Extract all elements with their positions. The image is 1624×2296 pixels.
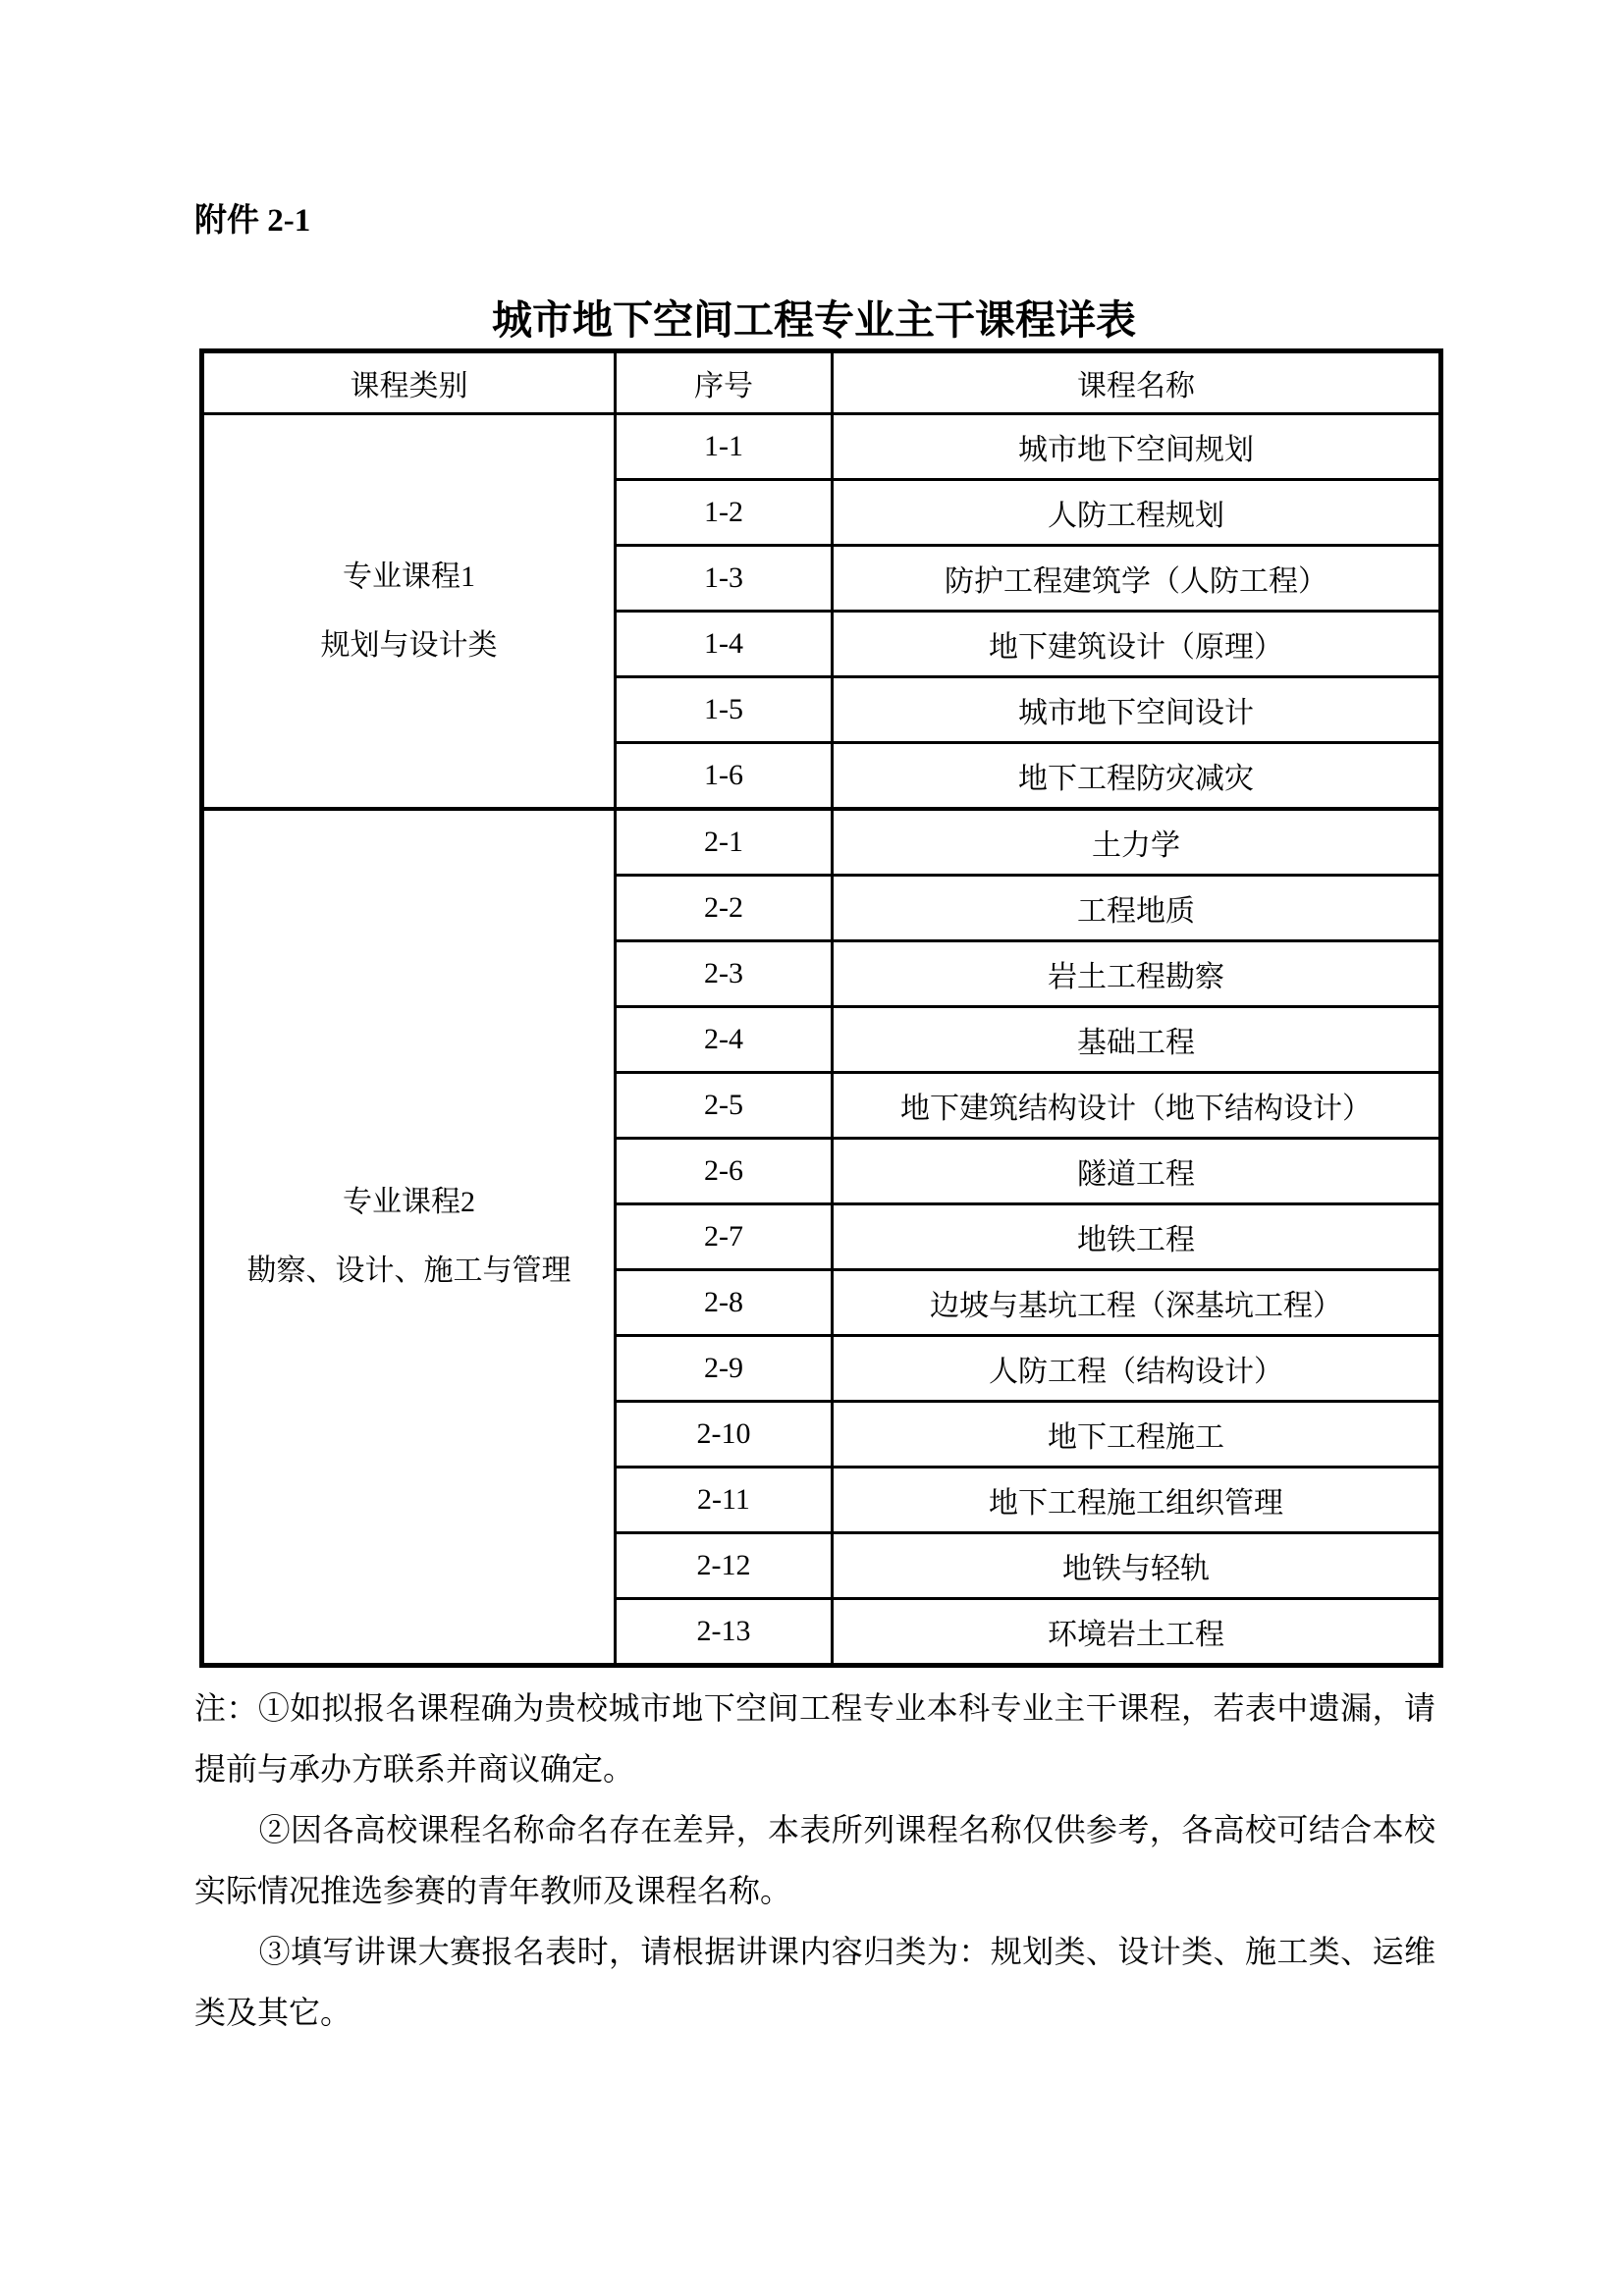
header-cell-no: 序号 [616,351,833,414]
course-no-cell: 2-7 [616,1204,833,1270]
course-no-cell: 2-1 [616,809,833,876]
category-line-2: 勘察、设计、施工与管理 [204,1237,614,1306]
course-no-cell: 1-4 [616,612,833,677]
note-3: ③填写讲课大赛报名表时，请根据讲课内容归类为：规划类、设计类、施工类、运维类及其… [194,1921,1435,2043]
category-line-1: 专业课程2 [204,1168,614,1237]
course-no-cell: 2-12 [616,1533,833,1599]
course-no-cell: 2-2 [616,876,833,941]
course-no-cell: 2-4 [616,1007,833,1073]
course-name-cell: 地下建筑设计（原理） [833,612,1441,677]
course-name-cell: 土力学 [833,809,1441,876]
course-no-cell: 2-11 [616,1468,833,1533]
course-table: 课程类别 序号 课程名称 专业课程1 规划与设计类 1-1 城市地下空间规划 1… [199,348,1443,1668]
header-cell-name: 课程名称 [833,351,1441,414]
course-name-cell: 人防工程（结构设计） [833,1336,1441,1402]
course-name-cell: 城市地下空间规划 [833,414,1441,480]
course-no-cell: 2-5 [616,1073,833,1139]
course-name-cell: 边坡与基坑工程（深基坑工程） [833,1270,1441,1336]
attachment-label: 附件 2-1 [194,201,1624,240]
table-header: 课程类别 序号 课程名称 [202,351,1441,414]
course-name-cell: 地铁工程 [833,1204,1441,1270]
note-1: 注：①如拟报名课程确为贵校城市地下空间工程专业本科专业主干课程，若表中遗漏，请提… [194,1678,1435,1799]
note-2: ②因各高校课程名称命名存在差异，本表所列课程名称仅供参考，各高校可结合本校实际情… [194,1799,1435,1921]
table-row: 专业课程1 规划与设计类 1-1 城市地下空间规划 [202,414,1441,480]
course-no-cell: 1-5 [616,677,833,743]
course-no-cell: 2-3 [616,941,833,1007]
document-page: 附件 2-1 城市地下空间工程专业主干课程详表 课程类别 序号 课程名称 专业课… [0,0,1624,2296]
course-no-cell: 2-13 [616,1599,833,1666]
course-no-cell: 1-6 [616,743,833,810]
category-line-2: 规划与设计类 [204,612,614,680]
course-name-cell: 人防工程规划 [833,480,1441,546]
header-row: 课程类别 序号 课程名称 [202,351,1441,414]
header-cell-category: 课程类别 [202,351,616,414]
table-row: 专业课程2 勘察、设计、施工与管理 2-1 土力学 [202,809,1441,876]
notes: 注：①如拟报名课程确为贵校城市地下空间工程专业本科专业主干课程，若表中遗漏，请提… [194,1678,1435,2043]
course-name-cell: 岩土工程勘察 [833,941,1441,1007]
course-name-cell: 地下工程防灾减灾 [833,743,1441,810]
page-title: 城市地下空间工程专业主干课程详表 [194,295,1434,345]
course-no-cell: 2-6 [616,1139,833,1204]
course-no-cell: 2-9 [616,1336,833,1402]
course-name-cell: 地下工程施工 [833,1402,1441,1468]
course-name-cell: 环境岩土工程 [833,1599,1441,1666]
course-name-cell: 基础工程 [833,1007,1441,1073]
course-name-cell: 隧道工程 [833,1139,1441,1204]
course-name-cell: 地铁与轻轨 [833,1533,1441,1599]
category-cell-section2: 专业课程2 勘察、设计、施工与管理 [202,809,616,1666]
table-section-2: 专业课程2 勘察、设计、施工与管理 2-1 土力学 2-2 工程地质 2-3 岩… [202,809,1441,1666]
course-no-cell: 2-8 [616,1270,833,1336]
category-line-1: 专业课程1 [204,543,614,612]
course-name-cell: 地下建筑结构设计（地下结构设计） [833,1073,1441,1139]
course-no-cell: 1-1 [616,414,833,480]
table-section-1: 专业课程1 规划与设计类 1-1 城市地下空间规划 1-2 人防工程规划 1-3… [202,414,1441,810]
course-name-cell: 地下工程施工组织管理 [833,1468,1441,1533]
course-name-cell: 防护工程建筑学（人防工程） [833,546,1441,612]
course-name-cell: 城市地下空间设计 [833,677,1441,743]
course-no-cell: 1-3 [616,546,833,612]
course-no-cell: 1-2 [616,480,833,546]
course-name-cell: 工程地质 [833,876,1441,941]
category-cell-section1: 专业课程1 规划与设计类 [202,414,616,810]
course-no-cell: 2-10 [616,1402,833,1468]
